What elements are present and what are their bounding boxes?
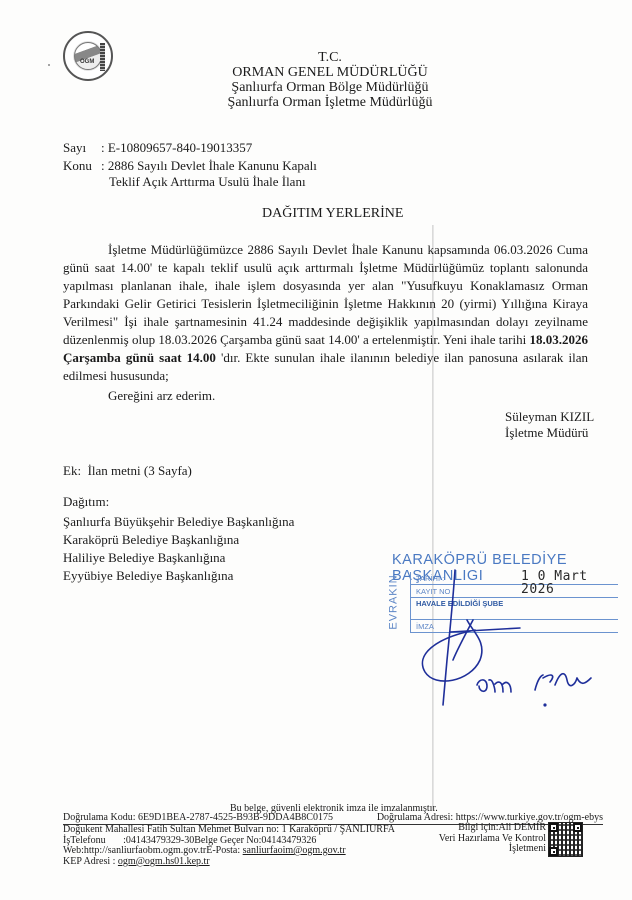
addressee: DAĞITIM YERLERİNE <box>262 206 403 222</box>
stamp-row-record: KAYIT NO : <box>411 585 618 598</box>
konu-value-cont: Teklif Açık Arttırma Usulü İhale İlanı <box>63 174 317 190</box>
footer-web[interactable]: Web:http://sanliurfaobm.ogm.gov.trE-Post… <box>63 845 243 856</box>
stamp-row-signature: İMZA <box>411 620 618 633</box>
letterhead: T.C. ORMAN GENEL MÜDÜRLÜĞÜ Şanlıurfa Orm… <box>200 50 460 110</box>
letter-body: İşletme Müdürlüğümüzce 2886 Sayılı Devle… <box>63 241 588 405</box>
sayi-row: Sayı : E-10809657-840-19013357 <box>63 140 317 156</box>
stamp-side-label: EVRAKIN <box>388 574 400 629</box>
footer-address: Doğukent Mahallesi Fatih Sultan Mehmet B… <box>63 825 395 836</box>
distribution-item: Haliliye Belediye Başkanlığına <box>63 549 294 567</box>
body-text-part1: İşletme Müdürlüğümüzce 2886 Sayılı Devle… <box>63 242 588 347</box>
signer-block: Süleyman KIZIL İşletme Müdürü <box>505 409 594 441</box>
konu-value: : 2886 Sayılı Devlet İhale Kanunu Kapalı <box>101 158 317 174</box>
letterhead-directorate: ORMAN GENEL MÜDÜRLÜĞÜ <box>200 65 460 80</box>
info-person: Bilgi için:Ali DEMİR <box>466 823 546 834</box>
signer-title: İşletme Müdürü <box>505 425 594 441</box>
konu-row: Konu : 2886 Sayılı Devlet İhale Kanunu K… <box>63 158 317 174</box>
attachment-value: İlan metni (3 Sayfa) <box>88 463 192 478</box>
scan-speck <box>48 64 50 66</box>
kep-label: KEP Adresi : <box>63 856 118 867</box>
stamp-row-date: TARİHİ :1 0 Mart 2026 <box>411 572 618 585</box>
verification-code: Doğrulama Kodu: 6E9D1BEA-2787-4525-B93B-… <box>63 812 333 823</box>
signer-name: Süleyman KIZIL <box>505 409 594 425</box>
footer-contact: Doğukent Mahallesi Fatih Sultan Mehmet B… <box>63 825 395 867</box>
logo-text: OGM <box>80 59 94 65</box>
body-paragraph: İşletme Müdürlüğümüzce 2886 Sayılı Devle… <box>63 241 588 385</box>
ogm-logo: OGM <box>63 31 113 81</box>
qr-finder-icon <box>573 823 582 832</box>
sayi-value: : E-10809657-840-19013357 <box>101 140 252 156</box>
closing-line: Gereğini arz ederim. <box>63 387 588 405</box>
info-role-cont: İşletmeni <box>466 844 546 855</box>
attachment: Ek: İlan metni (3 Sayfa) <box>63 463 192 479</box>
letterhead-regional: Şanlıurfa Orman Bölge Müdürlüğü <box>200 80 460 95</box>
incoming-document-stamp: KARAKÖPRÜ BELEDİYE BAŞKANLIGI EVRAKIN TA… <box>388 552 620 626</box>
logo-tree-icon <box>100 43 105 71</box>
stamp-grid: TARİHİ :1 0 Mart 2026 KAYIT NO : HAVALE … <box>410 572 618 633</box>
qr-finder-icon <box>549 847 558 856</box>
footer-email-link[interactable]: sanliurfaoim@ogm.gov.tr <box>243 845 346 856</box>
sayi-label: Sayı <box>63 140 101 156</box>
letterhead-tc: T.C. <box>200 50 460 65</box>
konu-label: Konu <box>63 158 101 174</box>
qr-code-icon <box>548 822 583 857</box>
kep-link[interactable]: ogm@ogm.hs01.kep.tr <box>118 856 210 867</box>
document-meta: Sayı : E-10809657-840-19013357 Konu : 28… <box>63 140 317 190</box>
footer-kep: KEP Adresi : ogm@ogm.hs01.kep.tr <box>63 857 395 868</box>
logo-emblem-icon <box>74 42 102 70</box>
qr-finder-icon <box>549 823 558 832</box>
distribution-item: Eyyübiye Belediye Başkanlığına <box>63 567 294 585</box>
stamp-row-branch: HAVALE EDİLDİĞİ ŞUBE <box>411 598 618 620</box>
distribution-item: Şanlıurfa Büyükşehir Belediye Başkanlığı… <box>63 513 294 531</box>
info-contact: Bilgi için:Ali DEMİR Veri Hazırlama Ve K… <box>466 823 546 855</box>
letterhead-local: Şanlıurfa Orman İşletme Müdürlüğü <box>200 95 460 110</box>
distribution-item: Karaköprü Belediye Başkanlığına <box>63 531 294 549</box>
attachment-label: Ek: <box>63 463 81 478</box>
distribution-title: Dağıtım: <box>63 493 294 511</box>
distribution-list: Dağıtım: Şanlıurfa Büyükşehir Belediye B… <box>63 493 294 585</box>
